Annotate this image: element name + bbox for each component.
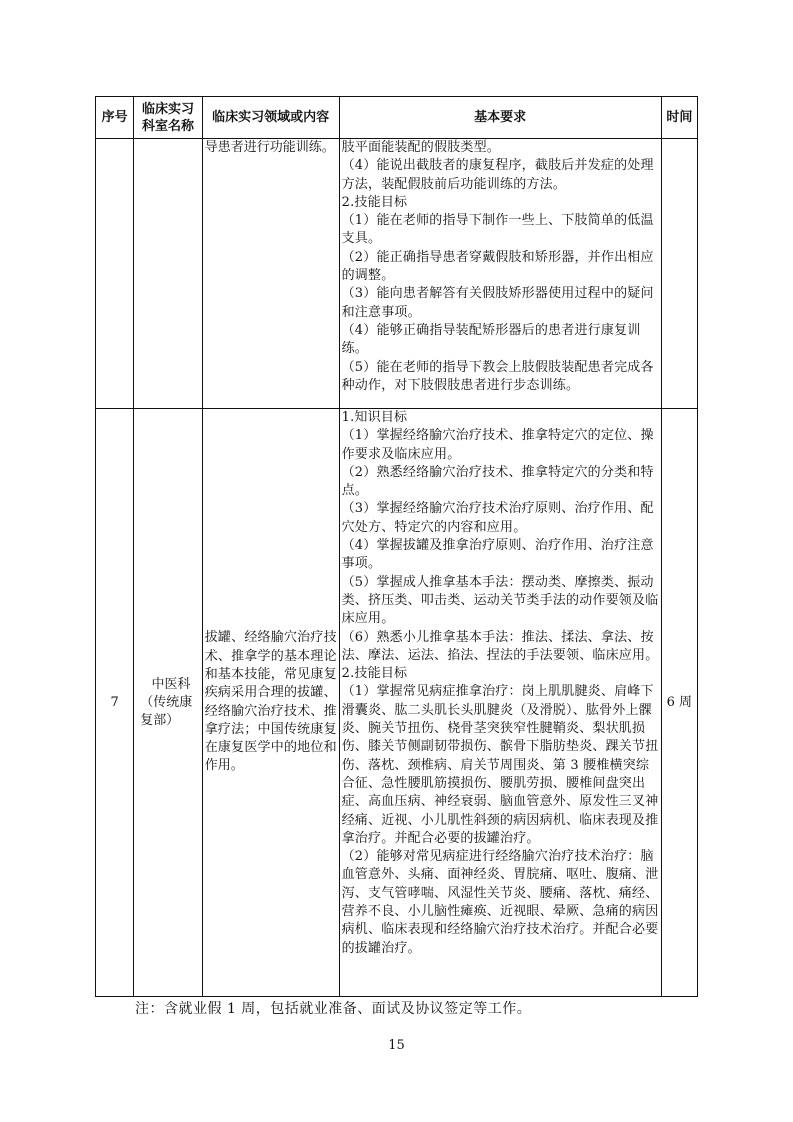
header-dept-line2: 科室名称 <box>134 118 201 135</box>
seq-cell <box>96 139 134 409</box>
dept-line: 复部） <box>140 712 201 730</box>
dept-cell: 中医科 （传统康 复部） <box>134 409 202 997</box>
requirement-line: 1.知识目标 <box>340 409 661 427</box>
requirement-line: （6）熟悉小儿推拿基本手法：推法、揉法、拿法、按法、摩法、运法、掐法、捏法的手法… <box>340 629 661 666</box>
dept-cell <box>134 139 202 409</box>
field-cell: 导患者进行功能训练。 <box>202 139 339 409</box>
requirement-line: （4）掌握拔罐及推拿治疗原则、治疗作用、治疗注意事项。 <box>340 537 661 574</box>
footnote: 注：含就业假 1 周，包括就业准备、面试及协议签定等工作。 <box>135 998 531 1018</box>
header-seq: 序号 <box>96 97 134 139</box>
requirement-line: （3）掌握经络腧穴治疗技术治疗原则、治疗作用、配穴处方、特定穴的内容和应用。 <box>340 500 661 537</box>
header-field: 临床实习领域或内容 <box>202 97 339 139</box>
requirement-line: （4）能说出截肢者的康复程序，截肢后并发症的处理方法，装配假肢前后功能训练的方法… <box>340 157 661 194</box>
requirement-line: （1）能在老师的指导下制作一些上、下肢简单的低温支具。 <box>340 212 661 249</box>
field-text: 拔罐、经络腧穴治疗技术、推拿学的基本理论和基本技能，常见康复疾病采用合理的拔罐、… <box>203 629 339 775</box>
requirement-line: 2.技能目标 <box>340 665 661 683</box>
seq-cell: 7 <box>96 409 134 997</box>
dept-line: （传统康 <box>140 694 201 712</box>
requirement-line: （5）能在老师的指导下教会上肢假肢装配患者完成各种动作，对下肢假肢患者进行步态训… <box>340 359 661 396</box>
field-text: 导患者进行功能训练。 <box>203 139 339 157</box>
requirement-line: 肢平面能装配的假肢类型。 <box>340 139 661 157</box>
requirement-line: （2）能够对常见病症进行经络腧穴治疗技术治疗：脑血管意外、头痛、面神经炎、胃脘痛… <box>340 848 661 958</box>
requirement-line: （5）掌握成人推拿基本手法：摆动类、摩擦类、振动类、挤压类、叩击类、运动关节类手… <box>340 574 661 629</box>
requirement-line: （1）掌握经络腧穴治疗技术、推拿特定穴的定位、操作要求及临床应用。 <box>340 427 661 464</box>
header-dept-line1: 临床实习 <box>134 101 201 118</box>
table-row: 导患者进行功能训练。 肢平面能装配的假肢类型。 （4）能说出截肢者的康复程序，截… <box>96 139 698 409</box>
table-header-row: 序号 临床实习 科室名称 临床实习领域或内容 基本要求 时间 <box>96 97 698 139</box>
requirement-line: （3）能向患者解答有关假肢矫形器使用过程中的疑问和注意事项。 <box>340 285 661 322</box>
field-cell: 拔罐、经络腧穴治疗技术、推拿学的基本理论和基本技能，常见康复疾病采用合理的拔罐、… <box>202 409 339 997</box>
page-number: 15 <box>0 1038 793 1053</box>
table-row: 7 中医科 （传统康 复部） 拔罐、经络腧穴治疗技术、推拿学的基本理论和基本技能… <box>96 409 698 997</box>
requirement-line: （2）能正确指导患者穿戴假肢和矫形器，并作出相应的调整。 <box>340 249 661 286</box>
requirements-cell: 肢平面能装配的假肢类型。 （4）能说出截肢者的康复程序，截肢后并发症的处理方法，… <box>339 139 661 409</box>
requirement-line: （2）熟悉经络腧穴治疗技术、推拿特定穴的分类和特点。 <box>340 464 661 501</box>
time-cell <box>661 139 697 409</box>
requirements-cell: 1.知识目标 （1）掌握经络腧穴治疗技术、推拿特定穴的定位、操作要求及临床应用。… <box>339 409 661 997</box>
requirement-line: 2.技能目标 <box>340 194 661 212</box>
requirement-line: （1）掌握常见病症推拿治疗：岗上肌肌腱炎、肩峰下滑囊炎、肱二头肌长头肌腱炎（及滑… <box>340 683 661 848</box>
header-dept: 临床实习 科室名称 <box>134 97 202 139</box>
requirement-line: （4）能够正确指导装配矫形器后的患者进行康复训练。 <box>340 322 661 359</box>
dept-line: 中医科 <box>140 676 201 694</box>
time-cell: 6 周 <box>661 409 697 997</box>
header-requirements: 基本要求 <box>339 97 661 139</box>
header-time: 时间 <box>661 97 697 139</box>
internship-table: 序号 临床实习 科室名称 临床实习领域或内容 基本要求 时间 导患者进行功能训练… <box>95 96 698 997</box>
